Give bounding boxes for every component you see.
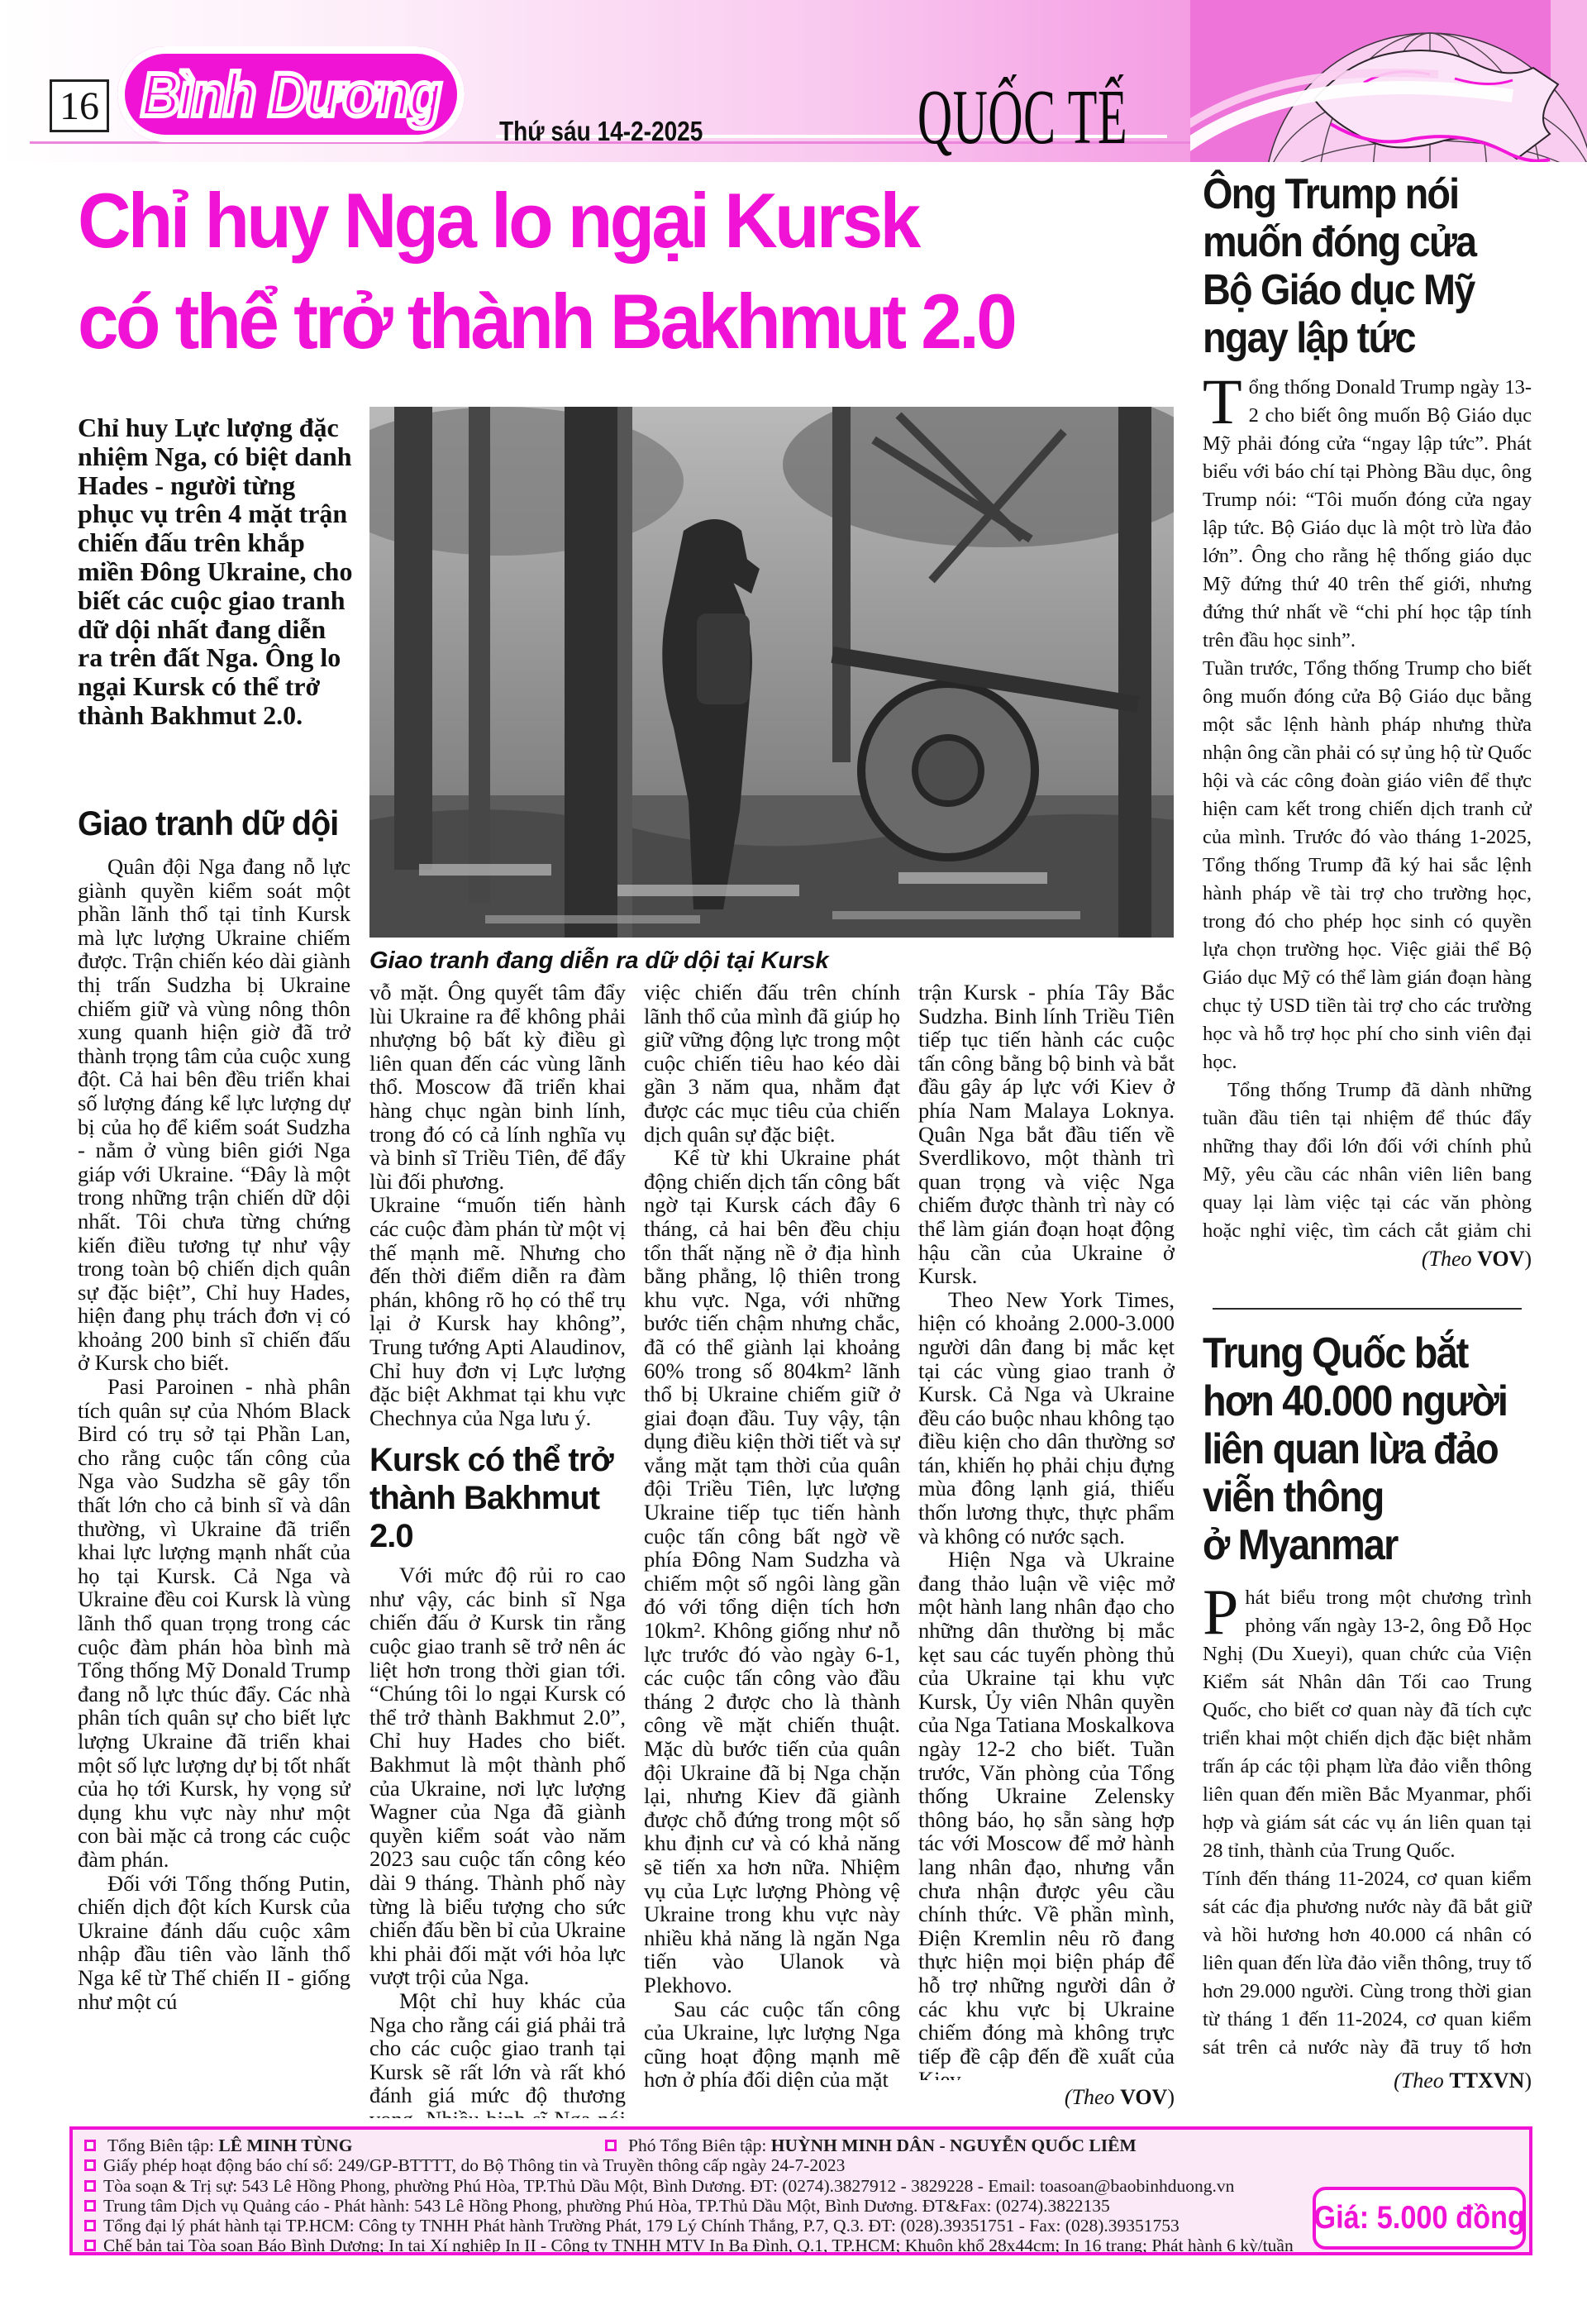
brand-logo-text: Bình Dương <box>141 60 441 130</box>
section-title: QUỐC TẾ <box>917 73 1127 162</box>
paragraph: Tính đến tháng 11-2024, cơ quan kiểm sát… <box>1203 1865 1532 2067</box>
page-number: 16 <box>50 79 109 132</box>
imprint-row: Chế bản tại Tòa soạn Báo Bình Dương; In … <box>84 2236 1518 2255</box>
newspaper-page: 16 Bình Dương Thứ sáu 14-2-2025 QUỐC TẾ <box>0 0 1587 2324</box>
paragraph: Một chỉ huy khác của Nga cho rằng cái gi… <box>369 1989 626 2118</box>
square-bullet-icon <box>84 2140 96 2151</box>
body-column-2: vỗ mặt. Ông quyết tâm đẩy lùi Ukraine ra… <box>369 981 626 2118</box>
price-badge: Giá: 5.000 đồng <box>1313 2187 1526 2250</box>
photo-caption: Giao tranh đang diễn ra dữ dội tại Kursk <box>369 947 1174 975</box>
imprint-row: Giấy phép hoạt động báo chí số: 249/GP-B… <box>84 2155 1518 2175</box>
imprint-row: Trung tâm Dịch vụ Quảng cáo - Phát hành:… <box>84 2196 1518 2216</box>
paragraph: Kể từ khi Ukraine phát động chiến dịch t… <box>644 1146 900 1997</box>
sidebar-article2-credit: (Theo TTXVN) <box>1203 2069 1532 2093</box>
body-column-4: trận Kursk - phía Tây Bắc Sudzha. Binh l… <box>918 981 1175 2080</box>
paragraph: Tuần trước, Tổng thống Trump cho biết ôn… <box>1203 655 1532 1076</box>
paragraph: Ukraine “muốn tiến hành các cuộc đàm phá… <box>369 1193 626 1429</box>
article-lead: Chỉ huy Lực lượng đặc nhiệm Nga, có biệt… <box>78 413 357 787</box>
body-column-1: Quân đội Nga đang nỗ lực giành quyền kiể… <box>78 855 350 2118</box>
paragraph: Đối với Tổng thống Putin, chiến dịch đột… <box>78 1872 350 2014</box>
imprint-row-editors: Tổng Biên tập: LÊ MINH TÙNG Phó Tổng Biê… <box>84 2136 1518 2155</box>
paragraph: Trung Quốc bắt <box>1203 1329 1508 1377</box>
paragraph: Hiện Nga và Ukraine đang thảo luận về vi… <box>918 1548 1175 2080</box>
war-photo-illustration <box>369 407 1174 938</box>
subsection-heading-2: Kursk có thể trở thành Bakhmut 2.0 <box>369 1441 626 1555</box>
paragraph: Theo New York Times, hiện có khoảng 2.00… <box>918 1288 1175 1549</box>
paragraph: muốn đóng cửa <box>1203 218 1508 266</box>
sidebar-article1-credit: (Theo VOV) <box>1203 1247 1532 1272</box>
paragraph: có thể trở thành Bakhmut 2.0 <box>78 271 1134 372</box>
imprint-row: Tòa soạn & Trị sự: 543 Lê Hồng Phong, ph… <box>84 2176 1518 2196</box>
square-bullet-icon <box>84 2240 96 2251</box>
square-bullet-icon <box>84 2220 96 2231</box>
main-headline: Chỉ huy Nga lo ngại Kurskcó thể trở thàn… <box>78 170 1189 372</box>
paragraph: trận Kursk - phía Tây Bắc Sudzha. Binh l… <box>918 981 1175 1288</box>
drop-cap: P <box>1203 1584 1245 1637</box>
globe-banner <box>1190 0 1587 162</box>
imprint-row: Tổng đại lý phát hành tại TP.HCM: Công t… <box>84 2216 1518 2236</box>
drop-cap: T <box>1203 374 1249 427</box>
paragraph: Với mức độ rủi ro cao như vậy, các binh … <box>369 1563 626 1989</box>
paragraph: hơn 40.000 người <box>1203 1377 1508 1425</box>
body-column-3: việc chiến đấu trên chính lãnh thổ của m… <box>644 981 900 2118</box>
paragraph: Chỉ huy Nga lo ngại Kursk <box>78 170 1134 271</box>
paragraph: vỗ mặt. Ông quyết tâm đẩy lùi Ukraine ra… <box>369 981 626 1193</box>
paragraph: Pasi Paroinen - nhà phân tích quân sự củ… <box>78 1375 350 1871</box>
paragraph: Bộ Giáo dục Mỹ <box>1203 266 1508 314</box>
square-bullet-icon <box>84 2200 96 2212</box>
masthead: 16 Bình Dương Thứ sáu 14-2-2025 QUỐC TẾ <box>0 0 1587 162</box>
dateline: Thứ sáu 14-2-2025 <box>499 116 703 147</box>
square-bullet-icon <box>84 2180 96 2192</box>
square-bullet-icon <box>605 2140 617 2151</box>
globe-icon <box>1190 0 1587 162</box>
sidebar-article1-body: Tổng thống Donald Trump ngày 13-2 cho bi… <box>1203 374 1532 1240</box>
paragraph: Quân đội Nga đang nỗ lực giành quyền kiể… <box>78 855 350 1375</box>
sidebar-article1-headline: Ông Trump nóimuốn đóng cửaBộ Giáo dục Mỹ… <box>1203 170 1542 362</box>
sidebar-article2-body: Phát biểu trong một chương trình phỏng v… <box>1203 1584 1532 2067</box>
main-article-credit: (Theo VOV) <box>918 2085 1175 2110</box>
paragraph: việc chiến đấu trên chính lãnh thổ của m… <box>644 981 900 1146</box>
paragraph: viễn thông <box>1203 1473 1508 1521</box>
subsection-heading: Giao tranh dữ dội <box>78 804 338 843</box>
square-bullet-icon <box>84 2159 96 2171</box>
paragraph: Sau các cuộc tấn công của Ukraine, lực l… <box>644 1997 900 2092</box>
paragraph: ở Myanmar <box>1203 1521 1508 1569</box>
paragraph: ngay lập tức <box>1203 314 1508 362</box>
article-photo <box>369 407 1174 938</box>
sidebar-divider <box>1213 1308 1522 1310</box>
paragraph: Ông Trump nói <box>1203 170 1508 218</box>
sidebar-article2-headline: Trung Quốc bắthơn 40.000 ngườiliên quan … <box>1203 1329 1542 1569</box>
paragraph: Tổng thống Trump đã dành những tuần đầu … <box>1203 1076 1532 1240</box>
paragraph: liên quan lừa đảo <box>1203 1425 1508 1473</box>
brand-logo: Bình Dương <box>117 46 465 142</box>
